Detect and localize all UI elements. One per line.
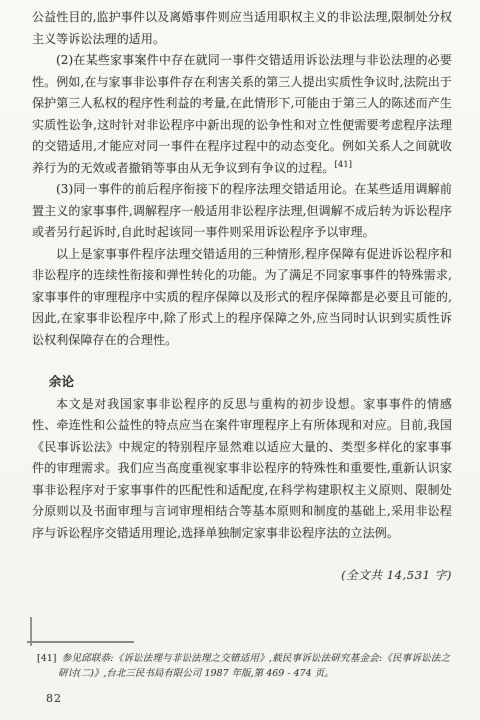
footnote-marker: [41] [37, 653, 57, 664]
paragraph-text: (2)在某些家事案件中存在就同一事件交错适用诉讼法理与非讼法理的必要性。例如,在… [32, 53, 452, 175]
paragraph: (3)同一事件的前后程序衔接下的程序法理交错适用论。在某些适用调解前置主义的家事… [32, 179, 452, 244]
word-count-note: (全文共 14,531 字) [32, 565, 452, 587]
footnote-separator-rule [27, 641, 134, 643]
page-number: 82 [46, 692, 62, 705]
paragraph: (2)在某些家事案件中存在就同一事件交错适用诉讼法理与非讼法理的必要性。例如,在… [32, 50, 452, 179]
scanned-document-page: 公益性目的,监护事件以及离婚事件则应当适用职权主义的非讼法理,限制处分权主义等诉… [0, 0, 480, 720]
paragraph-continuation: 公益性目的,监护事件以及离婚事件则应当适用职权主义的非讼法理,限制处分权主义等诉… [32, 7, 452, 50]
conclusion-paragraph: 本文是对我国家事非讼程序的反思与重构的初步设想。家事事件的情感性、牵连性和公益性… [32, 394, 452, 545]
footnote-text: 参见邱联恭:《诉讼法理与非讼法理之交错适用》,载民事诉讼法研究基金会:《民事诉讼… [58, 653, 450, 679]
footnote-41: [41]参见邱联恭:《诉讼法理与非讼法理之交错适用》,载民事诉讼法研究基金会:《… [37, 651, 450, 681]
page-body: 公益性目的,监护事件以及离婚事件则应当适用职权主义的非讼法理,限制处分权主义等诉… [32, 7, 452, 587]
section-heading: 余论 [32, 371, 452, 393]
paragraph: 以上是家事事件程序法理交错适用的三种情形,程序保障有促进诉讼程序和非讼程序的连续… [32, 244, 452, 352]
footnote-reference-41: [41] [335, 160, 352, 170]
